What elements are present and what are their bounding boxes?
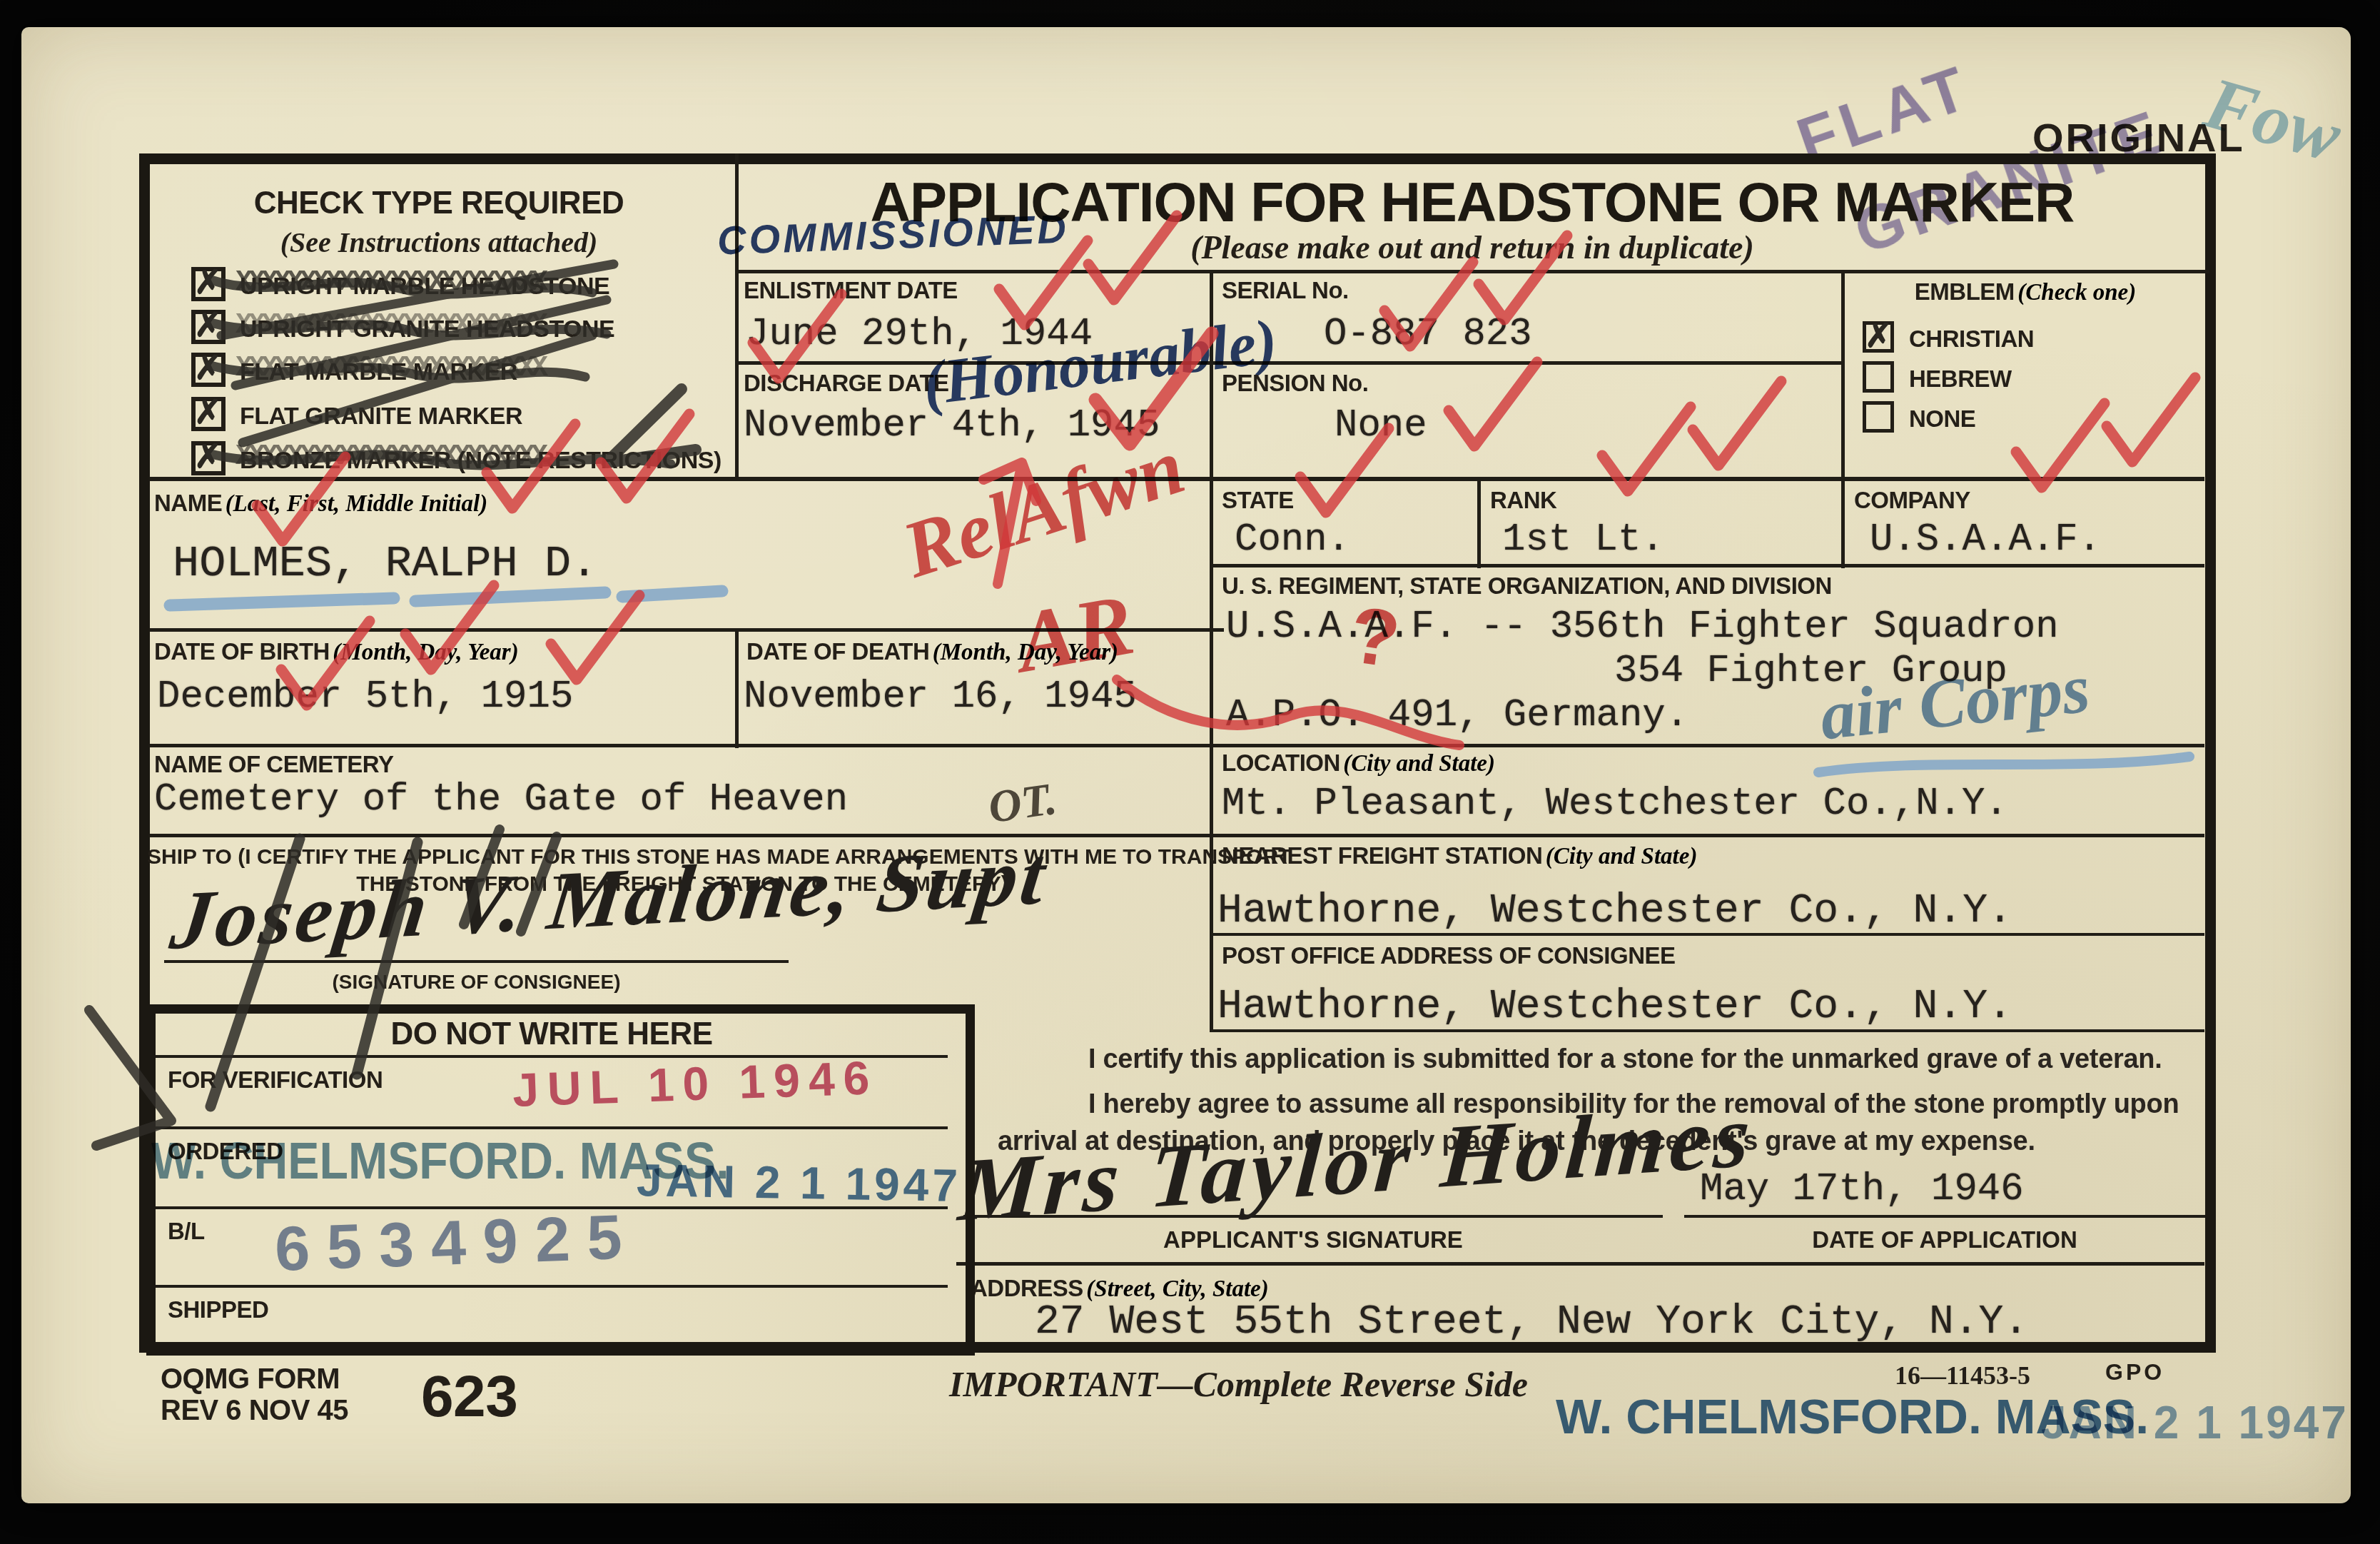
scanned-document-photo: ORIGINAL FLAT GRANITE Fow CHECK TYPE REQ… (0, 0, 2380, 1544)
application-date-value: May 17th, 1946 (1700, 1168, 2024, 1211)
company-label: COMPANY (1854, 487, 1970, 514)
emblem-option-label: HEBREW (1909, 365, 2012, 393)
emblem-option-label: NONE (1909, 405, 1975, 433)
divider-state-rank (1477, 477, 1481, 568)
red-scribble-line2: AR (1009, 575, 1141, 693)
for-verification-label: FOR VERIFICATION (168, 1066, 383, 1094)
ordered-date-stamp: JAN 2 1 1947 (636, 1154, 961, 1212)
checkbox-none (1863, 401, 1894, 433)
divider-dob-dod (735, 628, 739, 748)
emblem-option-label: CHRISTIAN (1909, 326, 2034, 353)
do-not-write-title: DO NOT WRITE HERE (156, 1016, 948, 1052)
state-value: Conn. (1235, 518, 1350, 562)
po-address-label: POST OFFICE ADDRESS OF CONSIGNEE (1222, 942, 1676, 969)
state-label: STATE (1222, 487, 1294, 514)
gpo-label: GPO (2105, 1359, 2164, 1386)
location-label-paren: (City and State) (1343, 751, 1495, 777)
form-number: 623 (421, 1363, 517, 1431)
pension-value: None (1335, 404, 1427, 448)
typed-x-strikeout: XXXXXXXXXXXXXXXXXXXXXXXX (236, 353, 544, 385)
typed-x-strikeout: XXXXXXXXXXXXXXXXXXXXXXXX (236, 310, 544, 342)
applicant-signature-caption: APPLICANT'S SIGNATURE (963, 1226, 1663, 1253)
rule-above-address (956, 1262, 2204, 1266)
serial-label: SERIAL No. (1222, 277, 1349, 304)
name-value: HOLMES, RALPH D. (173, 538, 597, 589)
form-id-line2: REV 6 NOV 45 (161, 1395, 348, 1427)
company-value: U.S.A.A.F. (1870, 518, 2101, 562)
freight-label: NEAREST FREIGHT STATION (1222, 842, 1542, 869)
print-code: 16—11453-5 (1895, 1361, 2030, 1391)
check-type-title: CHECK TYPE REQUIRED (143, 186, 735, 221)
typed-x-strikeout: XXXXXXXXXXXXXXXXXXXXXXXX (236, 441, 544, 473)
rule-above-shipto (149, 834, 2204, 837)
discharge-label: DISCHARGE DATE (744, 370, 949, 397)
cemetery-value: Cemetery of the Gate of Heaven (154, 778, 848, 822)
po-address-value: Hawthorne, Westchester Co., N.Y. (1217, 984, 2012, 1030)
serial-value: O-887 823 (1324, 313, 1532, 356)
rule-under-state-row (1210, 564, 2204, 567)
cemetery-label: NAME OF CEMETERY (154, 751, 393, 778)
certification-line1: I certify this application is submitted … (1088, 1044, 2162, 1075)
rank-value: 1st Lt. (1502, 518, 1664, 562)
check-type-subtitle: (See Instructions attached) (143, 226, 735, 259)
checkbox-upright-marble (191, 267, 226, 301)
footer-date-stamp: JAN 2 1 1947 (2041, 1396, 2349, 1449)
dob-label-paren: (Month, Day, Year) (333, 640, 518, 665)
checkbox-bronze (191, 441, 226, 475)
enlistment-label: ENLISTMENT DATE (744, 277, 958, 304)
important-note: IMPORTANT—Complete Reverse Side (949, 1363, 1528, 1405)
bl-number-stamp: 6534925 (273, 1200, 640, 1286)
bl-label: B/L (168, 1218, 205, 1245)
checkbox-flat-marble (191, 353, 226, 387)
dob-label: DATE OF BIRTH (154, 638, 330, 665)
location-value: Mt. Pleasant, Westchester Co.,N.Y. (1222, 782, 2008, 826)
address-label: ADDRESS (971, 1275, 1083, 1301)
application-date-caption: DATE OF APPLICATION (1684, 1226, 2205, 1253)
divider-serial-emblem (1841, 270, 1845, 568)
checkbox-christian (1863, 321, 1894, 353)
freight-value: Hawthorne, Westchester Co., N.Y. (1217, 888, 2012, 934)
corner-handwriting: Fow (2196, 60, 2350, 179)
check-type-option-label: FLAT GRANITE MARKER (240, 403, 522, 430)
regiment-label: U. S. REGIMENT, STATE ORGANIZATION, AND … (1222, 572, 1832, 600)
dob-value: December 5th, 1915 (157, 675, 573, 719)
form-id-line1: OQMG FORM (161, 1363, 340, 1396)
form-paper: ORIGINAL FLAT GRANITE Fow CHECK TYPE REQ… (21, 27, 2351, 1503)
pension-label: PENSION No. (1222, 370, 1368, 397)
cemetery-annotation: OT. (985, 772, 1060, 834)
location-label: LOCATION (1222, 750, 1340, 776)
consignee-signature-caption: (SIGNATURE OF CONSIGNEE) (164, 971, 789, 994)
address-label-paren: (Street, City, State) (1086, 1276, 1268, 1302)
name-label: NAME (154, 490, 222, 516)
regiment-line3: A.P.O. 491, Germany. (1226, 694, 1688, 737)
freight-label-paren: (City and State) (1546, 844, 1698, 869)
rank-label: RANK (1490, 487, 1556, 514)
checkbox-hebrew (1863, 361, 1894, 393)
checkbox-upright-granite (191, 310, 226, 344)
emblem-label-paren: (Check one) (2017, 280, 2136, 306)
checkbox-flat-granite (191, 397, 226, 431)
rule-dateapp-underline (1684, 1215, 2205, 1218)
address-value: 27 West 55th Street, New York City, N.Y. (1035, 1299, 2028, 1346)
rule-enlist-discharge (735, 361, 1841, 365)
rule-under-title (735, 270, 2209, 273)
typed-x-strikeout: XXXXXXXXXXXXXXXXXXXXXXXX (236, 267, 544, 299)
emblem-label: EMBLEM (1915, 278, 2015, 305)
shipped-label: SHIPPED (168, 1296, 268, 1323)
name-label-paren: (Last, First, Middle Initial) (226, 491, 488, 517)
dod-label: DATE OF DEATH (746, 638, 929, 665)
